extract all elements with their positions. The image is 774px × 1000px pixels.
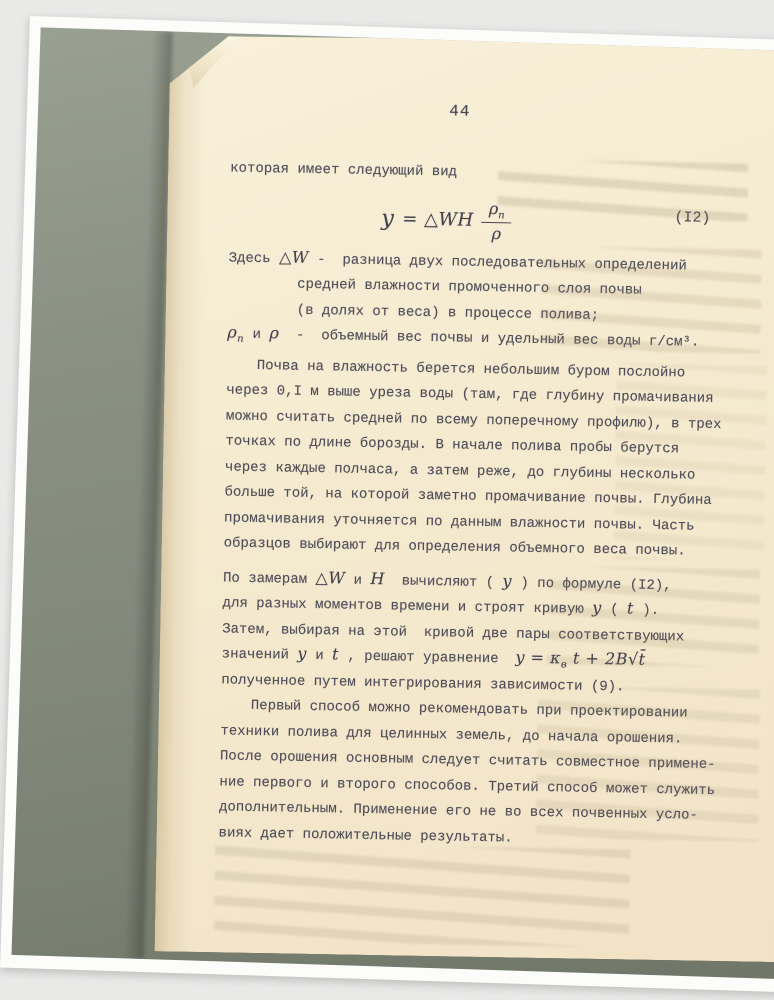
formula-body: = △WH [402, 210, 474, 229]
book-page: 44 которая имеет следующий видy= △WHρnρ(… [155, 31, 774, 963]
bleed-through-text [497, 159, 748, 221]
page-fold-corner [180, 34, 241, 89]
bleed-through-text [214, 842, 631, 947]
page-number: 44 [449, 102, 471, 120]
screenshot-root: 44 которая имеет следующий видy= △WHρnρ(… [0, 0, 774, 1000]
bleed-through-text [536, 686, 761, 842]
bleed-through-text [540, 246, 762, 354]
bleed-through-text [613, 363, 766, 562]
bleed-through-text [547, 566, 761, 668]
formula-lhs: y [381, 208, 394, 230]
scanned-photo: 44 которая имеет следующий видy= △WHρnρ(… [0, 16, 774, 993]
scan-background: 44 которая имеет следующий видy= △WHρnρ(… [11, 27, 774, 980]
